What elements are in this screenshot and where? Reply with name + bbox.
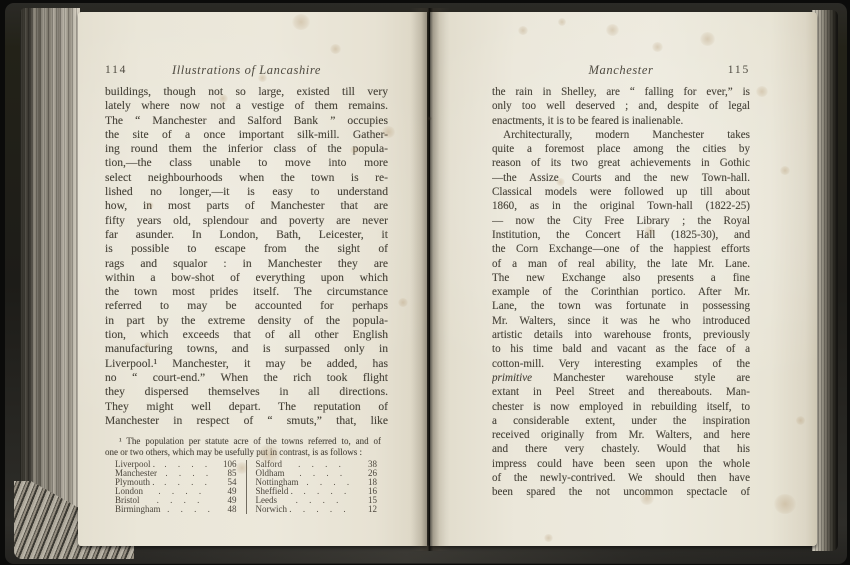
left-running-title: Illustrations of Lancashire [105,62,388,78]
text-line: impress could have been seen upon the wh… [492,457,750,471]
footnote-table-row: Birmingham. . . .48 [115,505,237,514]
text-line: how, in most parts of Manchester that ar… [105,199,388,213]
footnote-table-left-column: Liverpool .. . . .106Manchester. . . .85… [115,460,246,513]
text-line: Classical models were followed up till a… [492,185,750,199]
text-line: artistic details into warehouse fronts, … [492,328,750,342]
text-line: lished no longer,—it is easy to understa… [105,185,388,199]
text-line: —the Assize Courts and the new Town-hall… [492,171,750,185]
dot-leader: . . . . [299,478,358,487]
dot-leader: . . . . [293,487,357,496]
right-page-number: 115 [728,62,750,78]
right-running-head: Manchester 115 [492,62,750,78]
text-line: received originally from Mr. Walters, an… [492,428,750,442]
text-line: rags and squalor : in Manchester they ar… [105,257,388,271]
dot-leader: . . . . [155,478,217,487]
text-line: only too well deserved ; and, despite of… [492,99,750,113]
footnote-table: Liverpool .. . . .106Manchester. . . .85… [115,460,377,513]
text-line: fifty years old, splendour and poverty a… [105,214,388,228]
text-line: tion, which exceeds that of all other En… [105,328,388,342]
dot-leader: . . . . [292,505,358,514]
text-line: Liverpool.¹ Manchester, it may be added,… [105,357,388,371]
text-line: chester is now employed in rebuilding it… [492,400,750,414]
left-page-footnote: ¹ The population per statute acre of the… [105,436,381,514]
town-name: Birmingham [115,505,161,514]
text-line: and there very chastely. Would that his [492,442,750,456]
text-line: the Corn Exchange—one of the happiest ef… [492,242,750,256]
text-line: quite a foremost place among the cities … [492,142,750,156]
text-line: referred to may be accounted for perhaps [105,299,388,313]
left-page-text-column: 114 Illustrations of Lancashire building… [105,12,388,514]
text-line: of a man of real ability, the late Mr. L… [492,257,750,271]
text-line: buildings, though not so large, existed … [105,85,388,99]
text-line: they dispersed themselves in all directi… [105,385,388,399]
text-line: 1860, as in the original Town-hall (1822… [492,199,750,213]
text-line: of the newly-contrived. We should then h… [492,471,750,485]
left-running-head: 114 Illustrations of Lancashire [105,62,388,78]
text-line: the town most prides itself. The circums… [105,285,388,299]
population-density-value: 12 [357,505,377,514]
text-line: They might well depart. The reputation o… [105,400,388,414]
text-line: example of the Corinthian portico. After… [492,285,750,299]
text-line: tion,—the class unable to move into more [105,156,388,170]
text-line: a considerable extent, under the inspira… [492,414,750,428]
town-name: Norwich . [256,505,292,514]
page-edges-left [20,8,80,549]
text-line: within a bow-shot of everything upon whi… [105,271,388,285]
cover-bottom-edge [60,545,830,563]
dot-leader: . . . . [282,460,357,469]
dot-leader: . . . . [155,460,217,469]
text-line: — now the City Free Library ; the Royal [492,214,750,228]
text-line: to his time bald and vacant as the face … [492,342,750,356]
text-line: one or two others, which may be usefully… [105,447,381,458]
dot-leader: . . . . [161,505,217,514]
text-line: select neighbourhoods when the town is r… [105,171,388,185]
text-line: been spared the not uncommon spectacle o… [492,485,750,499]
text-line: The new Exchange also presents a fine [492,271,750,285]
text-line: Institution, the Concert Hall (1825-30),… [492,228,750,242]
right-running-title: Manchester [492,62,750,78]
text-line: the site of a once important silk-mill. … [105,128,388,142]
left-page: 114 Illustrations of Lancashire building… [78,12,427,546]
text-line: Mr. Walters, since it was he who introdu… [492,314,750,328]
text-line: ing round them the inferior class of the… [105,142,388,156]
right-page: Manchester 115 the rain in Shelley, are … [430,12,817,546]
text-line: far asunder. In London, Bath, Leicester,… [105,228,388,242]
right-page-body: the rain in Shelley, are “ falling for e… [492,85,750,500]
footnote-table-row: Norwich .. . . .12 [256,505,378,514]
text-line: is possible to escape from the sight of [105,242,388,256]
right-page-text-column: Manchester 115 the rain in Shelley, are … [492,12,750,500]
text-line: reason of its two great achievements in … [492,156,750,170]
text-line: cotton-mill. Very interesting examples o… [492,357,750,371]
population-density-value: 48 [217,505,237,514]
footnote-table-right-column: Salford. . . .38Oldham. . . .26Nottingha… [246,460,378,513]
dot-leader: . . . . [157,469,217,478]
text-line: the rain in Shelley, are “ falling for e… [492,85,750,99]
text-line: in part by the extreme density of the po… [105,314,388,328]
text-line: no “ court-end.” When the rich took flig… [105,371,388,385]
text-line: Lane, the town was fortunate in possessi… [492,299,750,313]
text-line: primitive Manchester warehouse style are [492,371,750,385]
text-line: ¹ The population per statute acre of the… [105,436,381,447]
text-line: extant in Peel Street and thereabouts. M… [492,385,750,399]
text-line: lately where now not a vestige of them r… [105,99,388,113]
text-line: Manchester in respect of “ smuts,” that,… [105,414,388,428]
dot-leader: . . . . [143,487,217,496]
footnote-intro: ¹ The population per statute acre of the… [105,436,381,457]
text-line: Architecturally, modern Manchester takes [492,128,750,142]
text-line: manufacturing towns, and is surpassed on… [105,342,388,356]
text-line: enactments, it is to be feared is inalie… [492,114,750,128]
open-book-photo: 114 Illustrations of Lancashire building… [0,0,850,565]
text-line: The “ Manchester and Salford Bank ” occu… [105,114,388,128]
left-page-number: 114 [105,62,127,78]
left-page-body: buildings, though not so large, existed … [105,85,388,428]
